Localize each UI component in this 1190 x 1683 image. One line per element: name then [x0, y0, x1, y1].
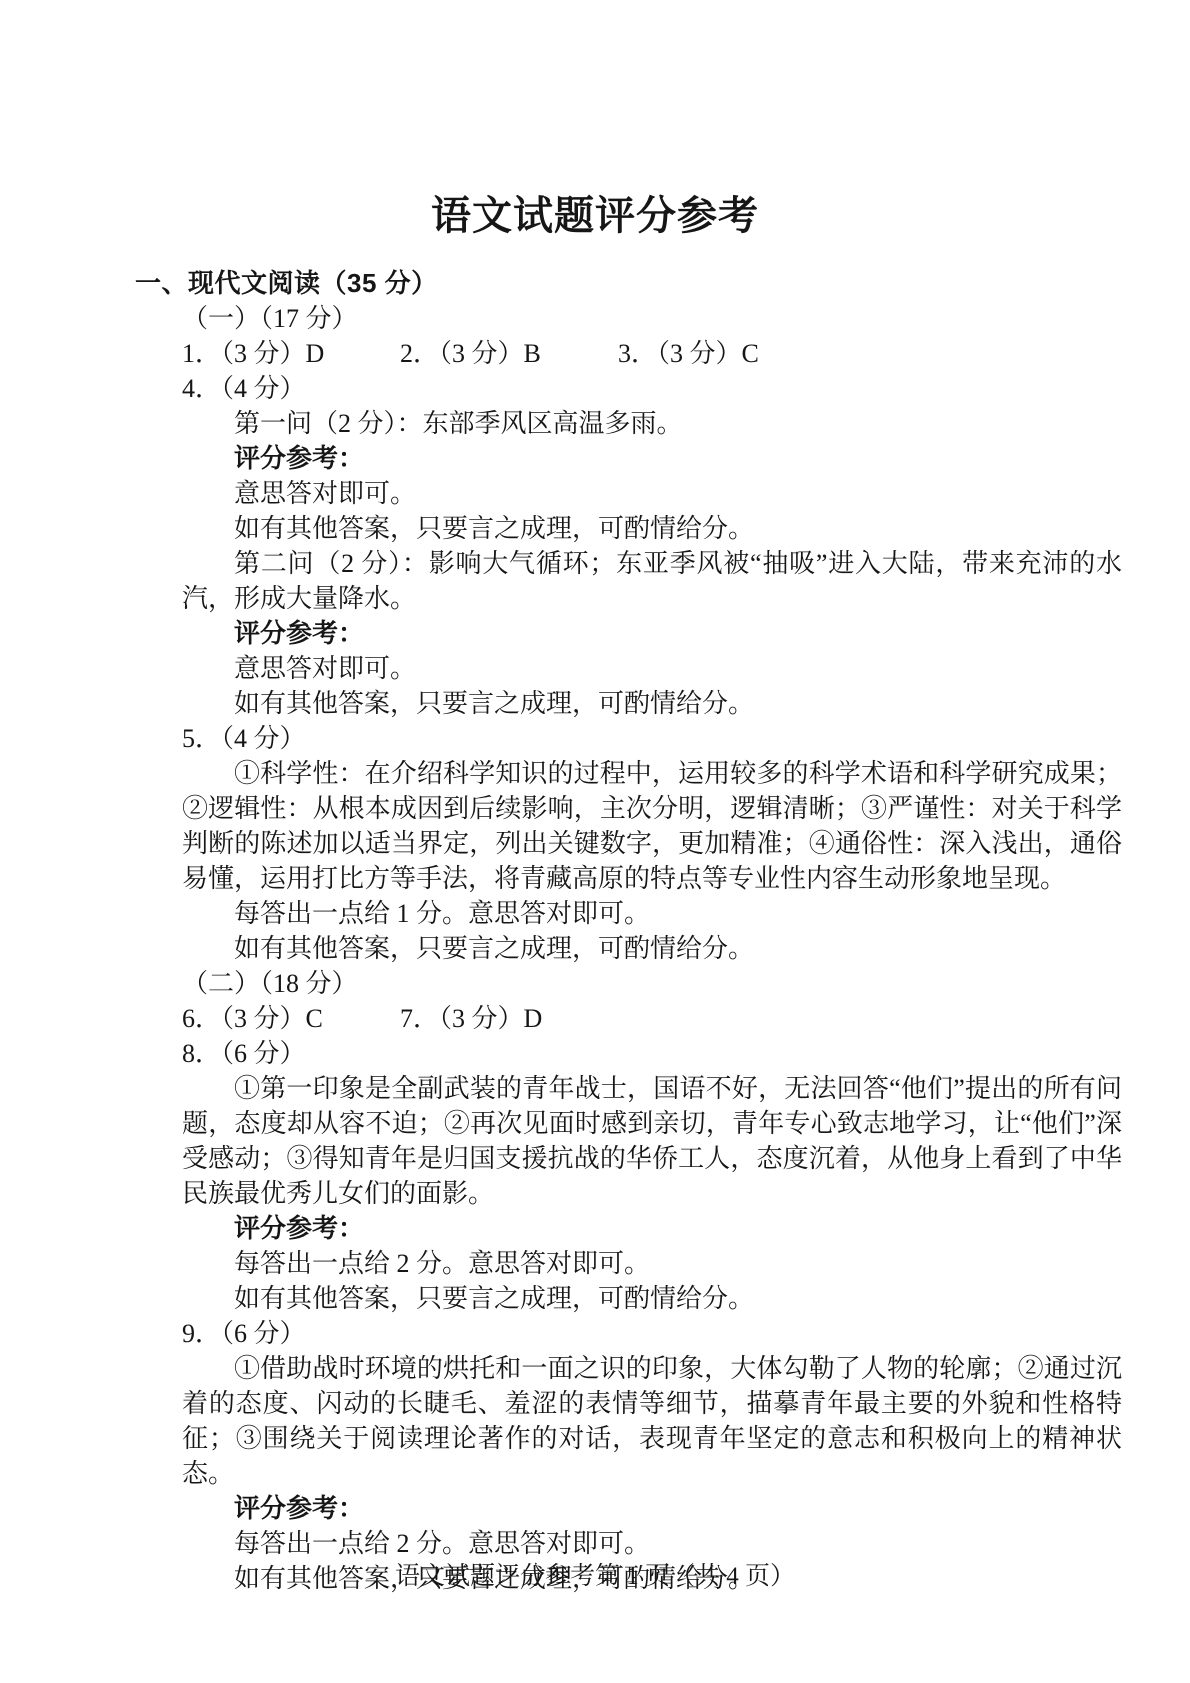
page-footer: 语文试题评分参考第 1 页（共 4 页）	[0, 1562, 1190, 1592]
choice-answer: 7．（3 分）D	[400, 1001, 542, 1036]
answer-paragraph: 第一问（2 分）：东部季风区高温多雨。	[182, 406, 1122, 441]
choice-answer-row: 1．（3 分）D2．（3 分）B3．（3 分）C	[182, 336, 1122, 371]
answer-paragraph: 每答出一点给 1 分。意思答对即可。	[182, 896, 1122, 931]
section-heading: 一、现代文阅读（35 分）	[135, 266, 1122, 301]
answer-paragraph: ①科学性：在介绍科学知识的过程中，运用较多的科学术语和科学研究成果；②逻辑性：从…	[182, 756, 1122, 896]
answer-paragraph: 第二问（2 分）：影响大气循环；东亚季风被“抽吸”进入大陆，带来充沛的水汽，形成…	[182, 546, 1122, 616]
choice-answer: 3．（3 分）C	[618, 336, 759, 371]
score-note-heading: 评分参考：	[182, 616, 1122, 651]
text-line: （二）（18 分）	[182, 966, 1122, 1001]
text-line: 9．（6 分）	[182, 1316, 1122, 1351]
document-page: 语文试题评分参考 一、现代文阅读（35 分）（一）（17 分）1．（3 分）D2…	[0, 0, 1190, 1683]
document-title: 语文试题评分参考	[0, 27, 1190, 239]
answer-paragraph: 如有其他答案，只要言之成理，可酌情给分。	[182, 511, 1122, 546]
answer-paragraph: 如有其他答案，只要言之成理，可酌情给分。	[182, 1281, 1122, 1316]
choice-answer: 1．（3 分）D	[182, 336, 400, 371]
text-line: 5．（4 分）	[182, 721, 1122, 756]
answer-paragraph: 意思答对即可。	[182, 476, 1122, 511]
answer-paragraph: ①借助战时环境的烘托和一面之识的印象，大体勾勒了人物的轮廓；②通过沉着的态度、闪…	[182, 1351, 1122, 1491]
text-line: 8．（6 分）	[182, 1036, 1122, 1071]
answer-paragraph: 意思答对即可。	[182, 651, 1122, 686]
score-note-heading: 评分参考：	[182, 441, 1122, 476]
text-line: 4．（4 分）	[182, 371, 1122, 406]
answer-paragraph: ①第一印象是全副武装的青年战士，国语不好，无法回答“他们”提出的所有问题，态度却…	[182, 1071, 1122, 1211]
document-body: 一、现代文阅读（35 分）（一）（17 分）1．（3 分）D2．（3 分）B3．…	[135, 266, 1122, 1596]
score-note-heading: 评分参考：	[182, 1491, 1122, 1526]
choice-answer: 6．（3 分）C	[182, 1001, 400, 1036]
choice-answer-row: 6．（3 分）C7．（3 分）D	[182, 1001, 1122, 1036]
answer-paragraph: 每答出一点给 2 分。意思答对即可。	[182, 1246, 1122, 1281]
answer-paragraph: 每答出一点给 2 分。意思答对即可。	[182, 1526, 1122, 1561]
choice-answer: 2．（3 分）B	[400, 336, 618, 371]
answer-paragraph: 如有其他答案，只要言之成理，可酌情给分。	[182, 686, 1122, 721]
score-note-heading: 评分参考：	[182, 1211, 1122, 1246]
text-line: （一）（17 分）	[182, 301, 1122, 336]
answer-paragraph: 如有其他答案，只要言之成理，可酌情给分。	[182, 931, 1122, 966]
